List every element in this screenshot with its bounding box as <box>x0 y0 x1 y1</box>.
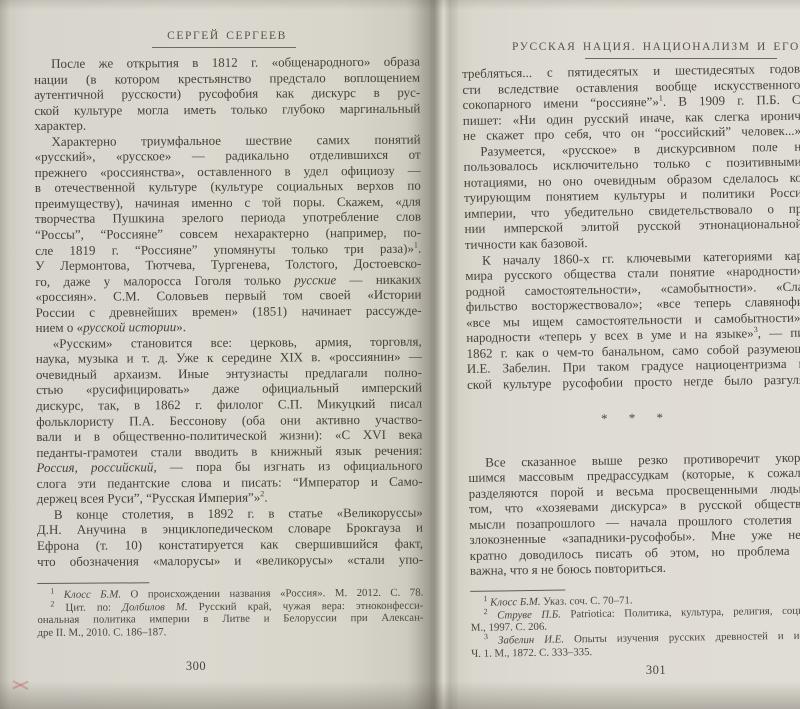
footnote-rule-right <box>470 589 565 591</box>
text-line: ской культуре могла иметь только глубоко… <box>34 100 420 118</box>
page-right: РУССКАЯ НАЦИЯ. НАЦИОНАЛИЗМ И ЕГО ВРАГИ т… <box>430 0 800 709</box>
text-block-left: После же открытия в 1812 г. «общенародно… <box>34 54 424 640</box>
running-header-right: РУССКАЯ НАЦИЯ. НАЦИОНАЛИЗМ И ЕГО ВРАГИ <box>512 41 800 53</box>
page-number-right: 301 <box>626 663 686 678</box>
header-rule-left <box>152 47 296 48</box>
book-spread: СЕРГЕЙ СЕРГЕЕВ После же открытия в 1812 … <box>0 0 800 709</box>
page-number-left: 300 <box>0 659 392 674</box>
running-header-left: СЕРГЕЙ СЕРГЕЕВ <box>34 30 420 42</box>
text-block-right: требляться... с пятидесятых и шестидесят… <box>462 61 800 661</box>
text-line: После же открытия в 1812 г. «общенародно… <box>34 54 420 72</box>
footnotes-left: 1 Клосс Б.М. О происхождении названия «Р… <box>37 587 423 640</box>
text-line: слога эти педантские слова и писать: “Им… <box>37 473 423 491</box>
text-line: У Лермонтова, Тютчева, Тургенева, Толсто… <box>35 256 421 274</box>
text-line: России с древнейших времен» (1851) начин… <box>36 302 422 320</box>
text-line: ональная политика империи в Литве и Бело… <box>37 612 423 627</box>
body-text-left: После же открытия в 1812 г. «общенародно… <box>34 54 423 569</box>
text-line: что обозначения «малорусы» и «великорусы… <box>37 551 423 569</box>
stray-pen-mark <box>12 678 30 692</box>
header-rule-right <box>585 58 777 59</box>
footnote-rule-left <box>37 582 149 584</box>
text-line: аутентичной русскости) русофобия как дис… <box>34 85 420 103</box>
body-text-right: требляться... с пятидесятых и шестидесят… <box>462 61 800 579</box>
page-left: СЕРГЕЙ СЕРГЕЕВ После же открытия в 1812 … <box>0 0 430 709</box>
section-separator: * * * <box>467 387 800 454</box>
text-line: “Россы”, “Россияне” совсем нехарактерно … <box>35 225 421 243</box>
text-line: Ефрона (т. 10) констатируется как сверши… <box>37 536 423 554</box>
text-line: дре II. М., 2010. С. 186–187. <box>37 625 423 640</box>
text-line: дискурс, так, в 1862 г. филолог С.П. Мик… <box>36 396 422 414</box>
footnotes-right: 1 Клосс Б.М. Указ. соч. С. 70–71.2 Струв… <box>470 592 800 661</box>
